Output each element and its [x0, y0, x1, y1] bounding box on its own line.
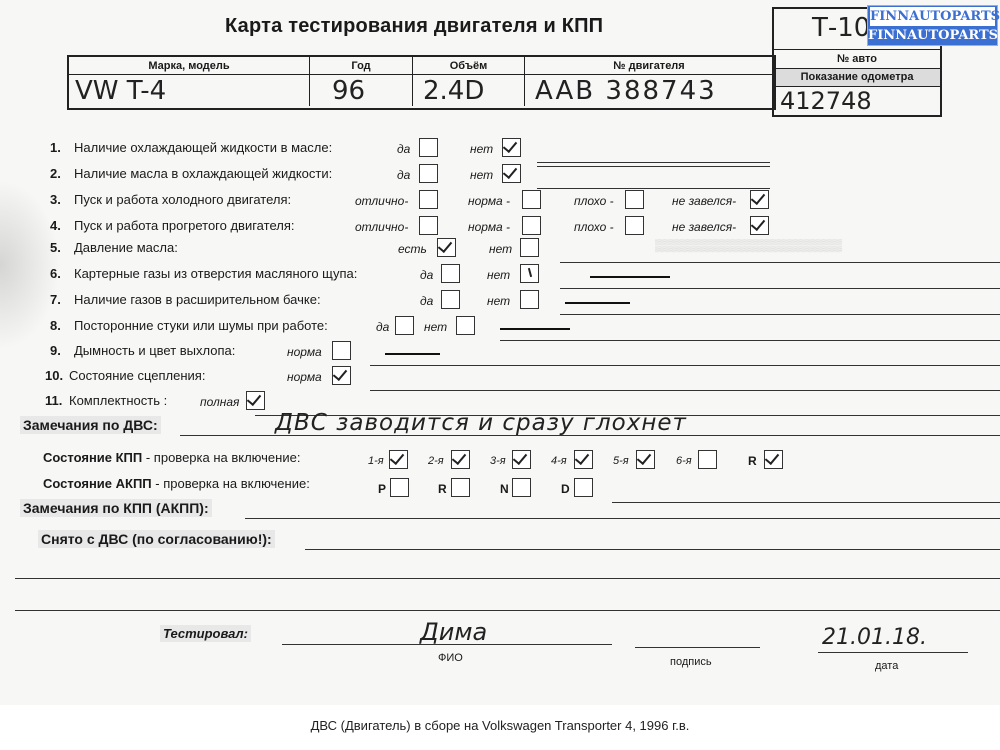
- gear-checkbox[interactable]: [574, 450, 593, 469]
- manual-gearbox-label: Состояние КПП - проверка на включение:: [43, 450, 300, 465]
- year-cell: Год 96: [310, 57, 413, 106]
- manual-gearbox-desc: - проверка на включение:: [142, 450, 300, 465]
- gear-label: 2-я: [428, 455, 444, 467]
- handwritten-dash: [385, 353, 440, 355]
- gear-label: 3-я: [490, 455, 506, 467]
- row-number: 5.: [50, 240, 74, 255]
- auto-gearbox-desc: - проверка на включение:: [152, 476, 310, 491]
- option-checkbox[interactable]: [332, 341, 351, 360]
- year-value: 96: [310, 76, 365, 106]
- form-title: Карта тестирования двигателя и КПП: [225, 15, 603, 38]
- option-label: норма: [287, 345, 322, 359]
- row-number: 6.: [50, 266, 74, 281]
- row-label: Пуск и работа холодного двигателя:: [74, 192, 291, 207]
- option-label: да: [420, 294, 433, 308]
- gearbox-remarks-line[interactable]: [245, 518, 1000, 519]
- date-label: дата: [875, 660, 898, 672]
- option-checkbox[interactable]: [332, 366, 351, 385]
- gear-label: 5-я: [613, 455, 629, 467]
- option-checkbox[interactable]: [419, 190, 438, 209]
- checklist-row: 1.Наличие охлаждающей жидкости в масле:: [50, 140, 332, 155]
- option-label: да: [397, 142, 410, 156]
- row-number: 9.: [50, 343, 74, 358]
- option-checkbox[interactable]: [625, 216, 644, 235]
- row-number: 10.: [45, 368, 69, 383]
- row-label: Наличие охлаждающей жидкости в масле:: [74, 140, 332, 155]
- option-checkbox[interactable]: [419, 138, 438, 157]
- volume-cell: Объём 2.4D: [413, 57, 525, 106]
- option-label: плохо -: [574, 220, 614, 234]
- make-model-value: VW T-4: [69, 76, 166, 106]
- option-checkbox[interactable]: [522, 216, 541, 235]
- option-label: нет: [470, 142, 493, 156]
- remark-line[interactable]: [500, 340, 1000, 341]
- checklist-row: 7.Наличие газов в расширительном бачке:: [50, 292, 321, 307]
- volume-value: 2.4D: [413, 76, 484, 106]
- date-input[interactable]: 21.01.18.: [822, 625, 927, 650]
- checklist-row: 3.Пуск и работа холодного двигателя:: [50, 192, 291, 207]
- gearbox-remarks-label: Замечания по КПП (АКПП):: [20, 499, 212, 517]
- engine-no-value: AAB 388743: [525, 76, 717, 106]
- gear-label: 4-я: [551, 455, 567, 467]
- engine-remarks-label: Замечания по ДВС:: [20, 416, 161, 434]
- auto-gearbox-title: Состояние АКПП: [43, 476, 152, 491]
- option-label: полная: [200, 395, 239, 409]
- option-checkbox[interactable]: [419, 164, 438, 183]
- option-checkbox[interactable]: [456, 316, 475, 335]
- checklist-row: 9.Дымность и цвет выхлопа:: [50, 343, 235, 358]
- option-checkbox[interactable]: [502, 164, 521, 183]
- gear-checkbox[interactable]: [390, 478, 409, 497]
- checklist-row: 11.Комплектность :: [45, 393, 167, 408]
- option-label: плохо -: [574, 194, 614, 208]
- row-label: Картерные газы из отверстия масляного щу…: [74, 266, 357, 281]
- engine-no-cell: № двигателя AAB 388743: [525, 57, 774, 106]
- row-number: 8.: [50, 318, 74, 333]
- remark-line[interactable]: [370, 390, 1000, 391]
- option-label: нет: [424, 320, 447, 334]
- auto-gearbox-label: Состояние АКПП - проверка на включение:: [43, 476, 310, 491]
- option-label: норма -: [468, 194, 510, 208]
- option-label: нет: [487, 268, 510, 282]
- remark-line[interactable]: [537, 166, 770, 167]
- option-checkbox[interactable]: [750, 216, 769, 235]
- row-number: 2.: [50, 166, 74, 181]
- signature-line[interactable]: [635, 647, 760, 648]
- removed-line-2[interactable]: [15, 578, 1000, 579]
- checklist-row: 8.Посторонние стуки или шумы при работе:: [50, 318, 328, 333]
- row-label: Давление масла:: [74, 240, 178, 255]
- manual-gearbox-title: Состояние КПП: [43, 450, 142, 465]
- watermark-badge: FINNAUTOPARTS FINNAUTOPARTS: [867, 5, 998, 46]
- gear-label: R: [748, 454, 757, 468]
- checklist-row: 5.Давление масла:: [50, 240, 178, 255]
- option-label: не завелся-: [672, 220, 736, 234]
- option-checkbox[interactable]: [441, 264, 460, 283]
- gear-checkbox[interactable]: [636, 450, 655, 469]
- engine-no-label: № двигателя: [525, 57, 773, 75]
- bleed-through-text: ▒▒▒▒▒▒▒▒▒▒▒▒▒▒▒▒▒▒▒▒▒▒: [655, 238, 842, 252]
- remark-line[interactable]: [560, 314, 1000, 315]
- option-label: да: [420, 268, 433, 282]
- vehicle-header-table: Марка, модель VW T-4 Год 96 Объём 2.4D №…: [67, 55, 776, 110]
- odometer-value: 412748: [780, 87, 872, 115]
- gear-label: P: [378, 482, 386, 496]
- gear-checkbox[interactable]: [698, 450, 717, 469]
- watermark-line-2: FINNAUTOPARTS: [868, 26, 997, 45]
- gear-checkbox[interactable]: [389, 450, 408, 469]
- form-sheet: ▒▒▒▒▒▒▒▒▒▒▒▒▒▒▒▒▒▒▒▒▒▒ Карта тестировани…: [0, 0, 1000, 705]
- checklist-row: 2.Наличие масла в охлаждающей жидкости:: [50, 166, 332, 181]
- removed-line[interactable]: [305, 549, 1000, 550]
- gear-label: N: [500, 482, 509, 496]
- option-label: отлично-: [355, 194, 408, 208]
- engine-remarks-input[interactable]: ДВС заводится и сразу глохнет: [275, 410, 687, 436]
- remark-line[interactable]: [370, 365, 1000, 366]
- option-label: нет: [487, 294, 510, 308]
- option-checkbox[interactable]: [625, 190, 644, 209]
- handwritten-dash: [565, 302, 630, 304]
- odometer-label: Показание одометра: [774, 68, 940, 87]
- option-checkbox[interactable]: [520, 238, 539, 257]
- make-model-cell: Марка, модель VW T-4: [69, 57, 310, 106]
- row-label: Пуск и работа прогретого двигателя:: [74, 218, 294, 233]
- row-number: 1.: [50, 140, 74, 155]
- volume-label: Объём: [413, 57, 524, 75]
- row-number: 7.: [50, 292, 74, 307]
- gear-label: D: [561, 482, 570, 496]
- option-checkbox[interactable]: [246, 391, 265, 410]
- test-id: Т-10: [812, 13, 870, 43]
- remark-line[interactable]: [537, 162, 770, 163]
- auto-gearbox-line: [612, 502, 1000, 503]
- gear-checkbox[interactable]: [512, 478, 531, 497]
- row-label: Комплектность :: [69, 393, 167, 408]
- option-checkbox[interactable]: [520, 290, 539, 309]
- row-number: 11.: [45, 393, 69, 408]
- option-checkbox[interactable]: [520, 264, 539, 283]
- removed-label: Снято с ДВС (по согласованию!):: [38, 530, 275, 548]
- gear-label: 1-я: [368, 455, 384, 467]
- car-no-label: № авто: [774, 49, 940, 68]
- option-label: отлично-: [355, 220, 408, 234]
- year-label: Год: [310, 57, 412, 75]
- photo-caption: ДВС (Двигатель) в сборе на Volkswagen Tr…: [0, 718, 1000, 733]
- option-label: нет: [470, 168, 493, 182]
- row-label: Посторонние стуки или шумы при работе:: [74, 318, 328, 333]
- row-label: Дымность и цвет выхлопа:: [74, 343, 235, 358]
- option-label: норма: [287, 370, 322, 384]
- make-model-label: Марка, модель: [69, 57, 309, 75]
- option-checkbox[interactable]: [441, 290, 460, 309]
- option-label: норма -: [468, 220, 510, 234]
- checklist-row: 6.Картерные газы из отверстия масляного …: [50, 266, 357, 281]
- row-label: Состояние сцепления:: [69, 368, 205, 383]
- gear-checkbox[interactable]: [764, 450, 783, 469]
- tester-name-input[interactable]: Дима: [420, 618, 487, 646]
- gear-checkbox[interactable]: [451, 450, 470, 469]
- checklist-row: 4.Пуск и работа прогретого двигателя:: [50, 218, 294, 233]
- option-checkbox[interactable]: [750, 190, 769, 209]
- row-label: Наличие масла в охлаждающей жидкости:: [74, 166, 332, 181]
- option-label: да: [397, 168, 410, 182]
- remark-line[interactable]: [560, 262, 1000, 263]
- option-label: не завелся-: [672, 194, 736, 208]
- row-label: Наличие газов в расширительном бачке:: [74, 292, 321, 307]
- option-label: да: [376, 320, 389, 334]
- handwritten-dash: [500, 328, 570, 330]
- option-checkbox[interactable]: [437, 238, 456, 257]
- gear-label: R: [438, 482, 447, 496]
- signature-label: подпись: [670, 656, 712, 668]
- row-number: 4.: [50, 218, 74, 233]
- row-number: 3.: [50, 192, 74, 207]
- watermark-line-1: FINNAUTOPARTS: [870, 7, 995, 26]
- removed-line-3[interactable]: [15, 610, 1000, 611]
- option-checkbox[interactable]: [522, 190, 541, 209]
- option-label: есть: [398, 242, 427, 256]
- checklist-row: 10.Состояние сцепления:: [45, 368, 205, 383]
- date-line: [818, 652, 968, 653]
- gear-label: 6-я: [676, 455, 692, 467]
- tested-by-label: Тестировал:: [160, 625, 251, 642]
- gear-checkbox[interactable]: [512, 450, 531, 469]
- remark-line[interactable]: [537, 188, 770, 189]
- fio-label: ФИО: [438, 652, 463, 664]
- option-checkbox[interactable]: [419, 216, 438, 235]
- option-checkbox[interactable]: [395, 316, 414, 335]
- gear-checkbox[interactable]: [451, 478, 470, 497]
- gear-checkbox[interactable]: [574, 478, 593, 497]
- remark-line[interactable]: [560, 288, 1000, 289]
- option-checkbox[interactable]: [502, 138, 521, 157]
- handwritten-dash: [590, 276, 670, 278]
- option-label: нет: [489, 242, 512, 256]
